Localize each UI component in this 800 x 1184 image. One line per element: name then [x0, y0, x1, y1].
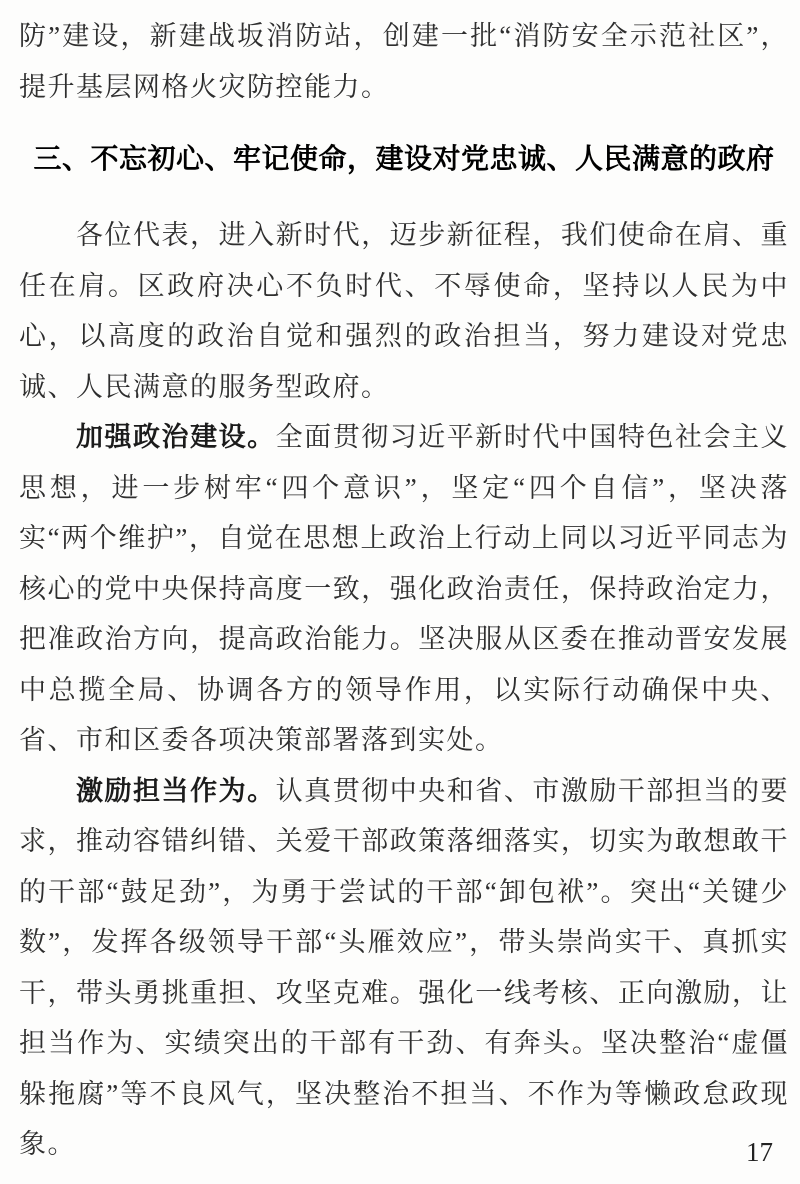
continuation-paragraph: 防”建设，新建战坂消防站，创建一批“消防安全示范社区”，提升基层网格火灾防控能力… — [19, 11, 789, 112]
section-heading: 三、不忘初心、牢记使命，建设对党忠诚、人民满意的政府 — [19, 134, 789, 184]
paragraph-encourage-responsibility: 激励担当作为。认真贯彻中央和省、市激励干部担当的要求，推动容错纠错、关爱干部政策… — [19, 766, 789, 1170]
paragraph-intro-text: 各位代表，进入新时代，迈步新征程，我们使命在肩、重任在肩。区政府决心不负时代、不… — [19, 220, 789, 402]
paragraph-encourage-responsibility-lead: 激励担当作为。 — [76, 776, 276, 806]
paragraph-intro: 各位代表，进入新时代，迈步新征程，我们使命在肩、重任在肩。区政府决心不负时代、不… — [19, 210, 789, 412]
paragraph-political-building-text: 全面贯彻习近平新时代中国特色社会主义思想，进一步树牢“四个意识”，坚定“四个自信… — [19, 422, 789, 755]
paragraph-political-building-lead: 加强政治建设。 — [76, 422, 276, 452]
document-page: 防”建设，新建战坂消防站，创建一批“消防安全示范社区”，提升基层网格火灾防控能力… — [0, 0, 800, 1184]
paragraph-political-building: 加强政治建设。全面贯彻习近平新时代中国特色社会主义思想，进一步树牢“四个意识”，… — [19, 412, 789, 766]
paragraph-encourage-responsibility-text: 认真贯彻中央和省、市激励干部担当的要求，推动容错纠错、关爱干部政策落细落实，切实… — [19, 776, 789, 1160]
page-number: 17 — [746, 1137, 773, 1168]
